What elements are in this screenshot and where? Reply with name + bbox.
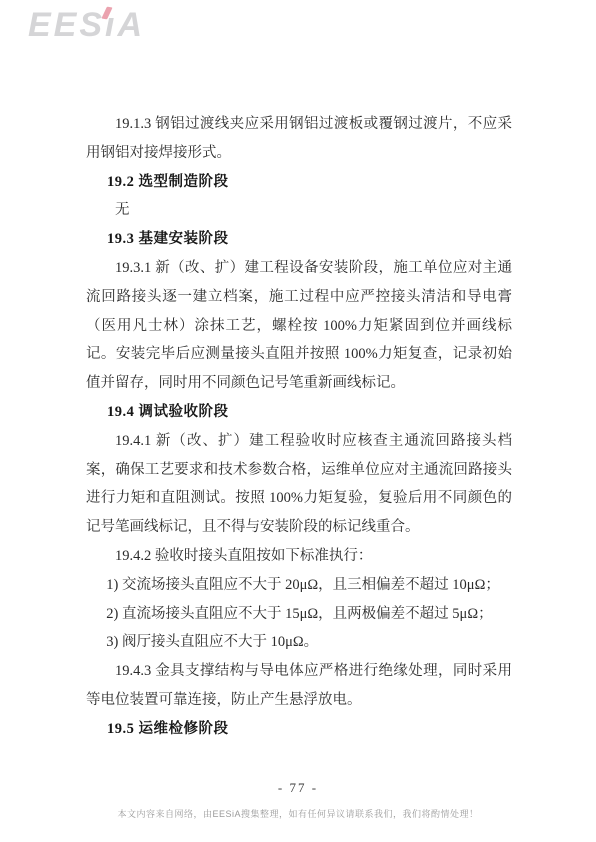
list-item-2: 2) 直流场接头直阻应不大于 15μΩ，且两极偏差不超过 5μΩ；	[86, 600, 512, 629]
heading-19-4: 19.4 调试验收阶段	[86, 398, 512, 427]
list-item-3: 3) 阀厅接头直阻应不大于 10μΩ。	[86, 628, 512, 657]
document-page: EESıA 19.1.3 钢铝过渡线夹应采用钢铝过渡板或覆钢过渡片，不应采用钢铝…	[0, 0, 596, 842]
brand-logo-text-pre: EES	[28, 6, 105, 44]
heading-19-3: 19.3 基建安装阶段	[86, 225, 512, 254]
brand-logo: EESıA	[28, 6, 145, 45]
heading-19-5: 19.5 运维检修阶段	[86, 715, 512, 744]
clause-19-2-none: 无	[86, 196, 512, 225]
brand-logo-text-post: A	[118, 6, 146, 44]
clause-19-4-2: 19.4.2 验收时接头直阻按如下标准执行：	[86, 542, 512, 571]
heading-19-2: 19.2 选型制造阶段	[86, 168, 512, 197]
page-number: - 77 -	[0, 780, 596, 796]
clause-19-3-1: 19.3.1 新（改、扩）建工程设备安装阶段，施工单位应对主通流回路接头逐一建立…	[86, 254, 512, 398]
document-body: 19.1.3 钢铝过渡线夹应采用钢铝过渡板或覆钢过渡片，不应采用钢铝对接焊接形式…	[86, 110, 512, 744]
clause-19-4-3: 19.4.3 金具支撑结构与导电体应严格进行绝缘处理，同时采用等电位装置可靠连接…	[86, 657, 512, 715]
clause-19-1-3: 19.1.3 钢铝过渡线夹应采用钢铝过渡板或覆钢过渡片，不应采用钢铝对接焊接形式…	[86, 110, 512, 168]
footer-disclaimer: 本文内容来自网络，由EESiA搜集整理，如有任何异议请联系我们，我们将酌情处理！	[0, 807, 596, 820]
list-item-1: 1) 交流场接头直阻应不大于 20μΩ，且三相偏差不超过 10μΩ；	[86, 571, 512, 600]
clause-19-4-1: 19.4.1 新（改、扩）建工程验收时应核查主通流回路接头档案，确保工艺要求和技…	[86, 427, 512, 542]
